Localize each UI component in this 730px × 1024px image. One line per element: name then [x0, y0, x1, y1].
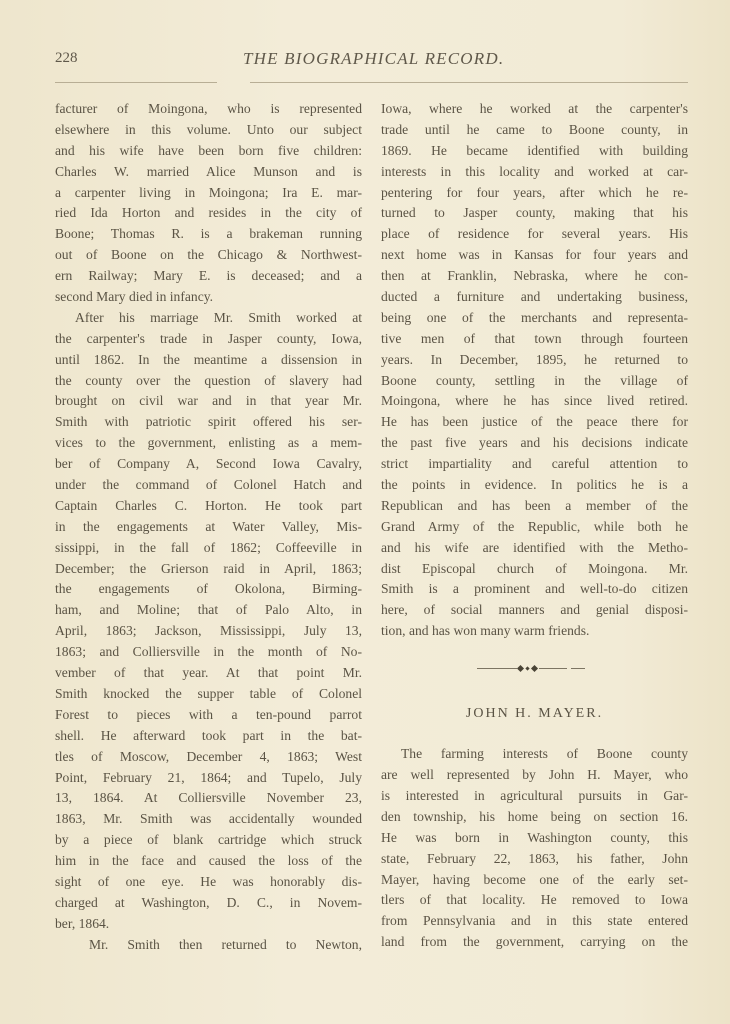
text-line: Iowa, where he worked at the carpenter's: [381, 99, 688, 120]
text-line: out of Boone on the Chicago & Northwest-: [55, 245, 362, 266]
text-line: under the command of Colonel Hatch and: [55, 475, 362, 496]
text-line: den township, his home being on section …: [381, 807, 688, 828]
text-line: 1863; and Colliersville in the month of …: [55, 642, 362, 663]
text-line: elsewhere in this volume. Unto our subje…: [55, 120, 362, 141]
text-line: in the engagements at Water Valley, Mis-: [55, 517, 362, 538]
text-line: He has been justice of the peace there f…: [381, 412, 688, 433]
right-column: Iowa, where he worked at the carpenter's…: [381, 99, 688, 953]
ornament-diamond-icon: [517, 665, 524, 672]
text-line: Boone county, settling in the village of: [381, 371, 688, 392]
header-rule: [55, 82, 217, 83]
text-line: pentering for four years, after which he…: [381, 183, 688, 204]
text-line: state, February 22, 1863, his father, Jo…: [381, 849, 688, 870]
text-line: and his wife have been born five childre…: [55, 141, 362, 162]
text-line: Moingona, where he has since lived retir…: [381, 391, 688, 412]
text-line: Forest to pieces with a ten-pound parrot: [55, 705, 362, 726]
text-line: the carpenter's trade in Jasper county, …: [55, 329, 362, 350]
text-line: 1863, Mr. Smith was accidentally wounded: [55, 809, 362, 830]
text-line: ber, 1864.: [55, 914, 362, 935]
text-line: next home was in Kansas for four years a…: [381, 245, 688, 266]
text-line: He was born in Washington county, this: [381, 828, 688, 849]
header-rule: [250, 82, 688, 83]
text-line: December; the Grierson raid in April, 18…: [55, 559, 362, 580]
text-line: from Pennsylvania and in this state ente…: [381, 911, 688, 932]
text-line: ern Railway; Mary E. is deceased; and a: [55, 266, 362, 287]
text-line: trade until he came to Boone county, in: [381, 120, 688, 141]
text-line: tles of Moscow, December 4, 1863; West: [55, 747, 362, 768]
text-line: Grand Army of the Republic, while both h…: [381, 517, 688, 538]
page-number: 228: [55, 50, 78, 67]
text-line: is interested in agricultural pursuits i…: [381, 786, 688, 807]
text-line: dist Episcopal church of Moingona. Mr.: [381, 559, 688, 580]
text-line: Smith with patriotic spirit offered his …: [55, 412, 362, 433]
text-line: Smith knocked the supper table of Colone…: [55, 684, 362, 705]
text-line: a carpenter living in Moingona; Ira E. m…: [55, 183, 362, 204]
section-title: JOHN H. MAYER.: [381, 704, 688, 724]
text-line: vember of that year. At that point Mr.: [55, 663, 362, 684]
text-line: Mayer, having become one of the early se…: [381, 870, 688, 891]
text-line: the past five years and his decisions in…: [381, 433, 688, 454]
text-line: second Mary died in infancy.: [55, 287, 362, 308]
text-line: Captain Charles C. Horton. He took part: [55, 496, 362, 517]
ornament-dot-icon: [525, 666, 529, 670]
section-divider-ornament: [373, 658, 688, 678]
text-line: are well represented by John H. Mayer, w…: [381, 765, 688, 786]
text-line: the points in evidence. In politics he i…: [381, 475, 688, 496]
text-line: 13, 1864. At Colliersville November 23,: [55, 788, 362, 809]
text-line: brought on civil war and in that year Mr…: [55, 391, 362, 412]
text-line: land from the government, carrying on th…: [381, 932, 688, 953]
text-line: sissippi, in the fall of 1862; Coffeevil…: [55, 538, 362, 559]
text-line: Republican and has been a member of the: [381, 496, 688, 517]
text-line: charged at Washington, D. C., in Novem-: [55, 893, 362, 914]
text-line: the engagements of Okolona, Birming-: [55, 579, 362, 600]
page-header: 228 THE BIOGRAPHICAL RECORD.: [55, 50, 688, 74]
text-line: ducted a furniture and undertaking busin…: [381, 287, 688, 308]
text-line: ham, and Moline; that of Palo Alto, in: [55, 600, 362, 621]
left-column: facturer of Moingona, who is represented…: [55, 99, 362, 956]
text-line: and his wife are identified with the Met…: [381, 538, 688, 559]
text-line: the county over the question of slavery …: [55, 371, 362, 392]
text-line: vices to the government, enlisting as a …: [55, 433, 362, 454]
text-line: Charles W. married Alice Munson and is: [55, 162, 362, 183]
text-line: ried Ida Horton and resides in the city …: [55, 203, 362, 224]
text-line: Boone; Thomas R. is a brakeman running: [55, 224, 362, 245]
text-line: 1869. He became identified with building: [381, 141, 688, 162]
text-line: interests in this locality and worked at…: [381, 162, 688, 183]
text-line: The farming interests of Boone county: [381, 744, 688, 765]
text-line: April, 1863; Jackson, Mississippi, July …: [55, 621, 362, 642]
text-line: years. In December, 1895, he returned to: [381, 350, 688, 371]
text-line: tion, and has won many warm friends.: [381, 621, 688, 642]
text-line: Mr. Smith then returned to Newton,: [55, 935, 362, 956]
text-line: place of residence for several years. Hi…: [381, 224, 688, 245]
text-line: tlers of that locality. He removed to Io…: [381, 890, 688, 911]
text-line: turned to Jasper county, making that his: [381, 203, 688, 224]
text-line: strict impartiality and careful attentio…: [381, 454, 688, 475]
text-line: tive men of that town through fourteen: [381, 329, 688, 350]
text-line: sight of one eye. He was honorably dis-: [55, 872, 362, 893]
text-line: After his marriage Mr. Smith worked at: [55, 308, 362, 329]
text-line: Point, February 21, 1864; and Tupelo, Ju…: [55, 768, 362, 789]
text-line: then at Franklin, Nebraska, where he con…: [381, 266, 688, 287]
ornament-rule: [477, 668, 517, 669]
text-line: here, of social manners and genial dispo…: [381, 600, 688, 621]
text-line: being one of the merchants and represent…: [381, 308, 688, 329]
text-line: until 1862. In the meantime a dissension…: [55, 350, 362, 371]
ornament-rule: [539, 668, 567, 669]
ornament-rule: [571, 668, 585, 669]
text-line: by a piece of blank cartridge which stru…: [55, 830, 362, 851]
ornament-diamond-icon: [531, 665, 538, 672]
text-line: shell. He afterward took part in the bat…: [55, 726, 362, 747]
running-title: THE BIOGRAPHICAL RECORD.: [243, 49, 504, 69]
text-line: facturer of Moingona, who is represented: [55, 99, 362, 120]
text-line: ber of Company A, Second Iowa Cavalry,: [55, 454, 362, 475]
text-line: him in the face and caused the loss of t…: [55, 851, 362, 872]
text-line: Smith is a prominent and well-to-do citi…: [381, 579, 688, 600]
